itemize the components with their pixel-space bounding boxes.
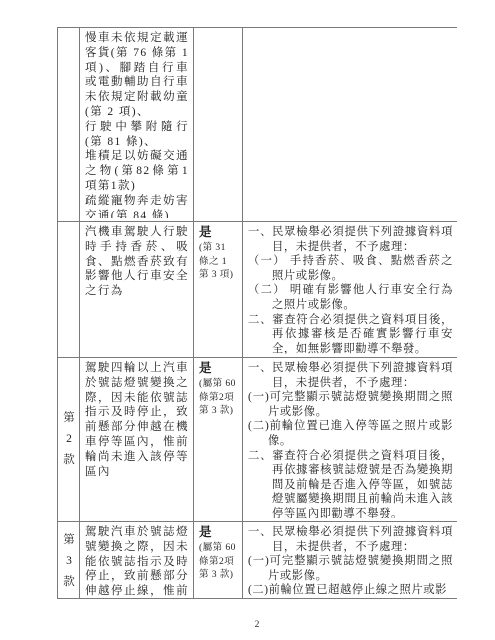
reportable-flag: 是: [199, 361, 238, 376]
table: 慢車未依規定載運客貨(第 76 條第 1 項)、腳踏自行車或電動輔助自行車未依規…: [57, 27, 457, 599]
evidence-cell: 一、民眾檢舉必須提供下列證據資料項目，未提供者，不予處理： （一） 手持香菸、吸…: [243, 222, 458, 358]
table-row: 慢車未依規定載運客貨(第 76 條第 1 項)、腳踏自行車或電動輔助自行車未依規…: [58, 28, 458, 222]
evidence-item: (二)前輪位置已超越停止線之照片或影: [248, 583, 453, 597]
evidence-item: 二、審查符合必須提供之資料項目後，再依據審核號誌燈號是否為變換期間及前輪是否進入…: [248, 449, 453, 518]
clause-label: 第3款: [63, 530, 75, 593]
reportable-flag: 是: [199, 525, 238, 540]
evidence-item: (一)可完整顯示號誌燈號變換期間之照片或影像。: [248, 554, 453, 583]
evidence-cell: 一、民眾檢舉必須提供下列證據資料項目，未提供者，不予處理： (一)可完整顯示號誌…: [243, 522, 458, 600]
evidence-item: (一)可完整顯示號誌燈號變換期間之照片或影像。: [248, 390, 453, 419]
description-paragraph: 疏縱寵物奔走妨害交通(第 84 條): [85, 194, 189, 218]
description-paragraph: 駕駛四輪以上汽車於號誌燈號變換之際，因未能依號誌指示及時停止，致前懸部分伸越在機…: [85, 361, 189, 479]
clause-label-cell: 第2款: [58, 358, 80, 522]
clause-label-cell: [58, 28, 80, 222]
evidence-item: （一） 手持香菸、吸食、點燃香菸之照片或影像。: [248, 254, 453, 283]
evidence-item: 一、民眾檢舉必須提供下列證據資料項目，未提供者，不予處理：: [248, 525, 453, 554]
violation-description-cell: 駕駛汽車於號誌燈號變換之際，因未能依號誌指示及時停止，致前懸部分伸越停止線，惟前…: [80, 522, 194, 600]
description-paragraph: 堆積足以妨礙交通之物(第82條第1項第1款): [85, 149, 189, 193]
clause-label: 第2款: [63, 408, 75, 471]
statute-reference: (屬第 60 條第2項第 3 款): [199, 377, 238, 418]
statute-reference: (屬第 60 條第2項第 3 款): [199, 541, 238, 582]
evidence-cell: [243, 28, 458, 222]
document-page: 慢車未依規定載運客貨(第 76 條第 1 項)、腳踏自行車或電動輔助自行車未依規…: [0, 0, 495, 640]
reportable-flag: 是: [199, 225, 238, 240]
evidence-cell: 一、民眾檢舉必須提供下列證據資料項目，未提供者，不予處理： (一)可完整顯示號誌…: [243, 358, 458, 522]
evidence-item: 二、審查符合必須提供之資料項目後，再依據審核是否確實影響行車安全，如無影響即勸導…: [248, 313, 453, 354]
reportable-cell: 是 (屬第 60 條第2項第 3 款): [194, 522, 243, 600]
description-paragraph: 慢車未依規定載運客貨(第 76 條第 1 項)、腳踏自行車或電動輔助自行車未依規…: [85, 31, 189, 120]
clause-label-cell: [58, 222, 80, 358]
evidence-item: 一、民眾檢舉必須提供下列證據資料項目，未提供者，不予處理：: [248, 225, 453, 254]
violation-description-cell: 駕駛四輪以上汽車於號誌燈號變換之際，因未能依號誌指示及時停止，致前懸部分伸越在機…: [80, 358, 194, 522]
evidence-item: （二） 明確有影響他人行車安全行為之照片或影像。: [248, 283, 453, 312]
violation-description-cell: 慢車未依規定載運客貨(第 76 條第 1 項)、腳踏自行車或電動輔助自行車未依規…: [80, 28, 194, 222]
clause-label-cell: 第3款: [58, 522, 80, 600]
reportable-cell: [194, 28, 243, 222]
description-paragraph: 行駛中攀附隨行(第 81 條)、: [85, 120, 189, 150]
reportable-cell: 是 (屬第 60 條第2項第 3 款): [194, 358, 243, 522]
evidence-item: 一、民眾檢舉必須提供下列證據資料項目，未提供者，不予處理：: [248, 361, 453, 390]
statute-reference: (第 31 條之 1 第 3 項): [199, 241, 238, 282]
regulation-table: 慢車未依規定載運客貨(第 76 條第 1 項)、腳踏自行車或電動輔助自行車未依規…: [57, 27, 457, 599]
table-row: 第2款 駕駛四輪以上汽車於號誌燈號變換之際，因未能依號誌指示及時停止，致前懸部分…: [58, 358, 458, 522]
reportable-cell: 是 (第 31 條之 1 第 3 項): [194, 222, 243, 358]
table-row: 第3款 駕駛汽車於號誌燈號變換之際，因未能依號誌指示及時停止，致前懸部分伸越停止…: [58, 522, 458, 600]
violation-description-cell: 汽機車駕駛人行駛時手持香菸、吸食、點燃香菸致有影響他人行車安全之行為: [80, 222, 194, 358]
description-paragraph: 駕駛汽車於號誌燈號變換之際，因未能依號誌指示及時停止，致前懸部分伸越停止線，惟前…: [85, 525, 189, 597]
description-paragraph: 汽機車駕駛人行駛時手持香菸、吸食、點燃香菸致有影響他人行車安全之行為: [85, 225, 189, 299]
page-number: 2: [57, 620, 457, 630]
table-row: 汽機車駕駛人行駛時手持香菸、吸食、點燃香菸致有影響他人行車安全之行為 是 (第 …: [58, 222, 458, 358]
evidence-item: (二)前輪位置已進入停等區之照片或影像。: [248, 419, 453, 448]
